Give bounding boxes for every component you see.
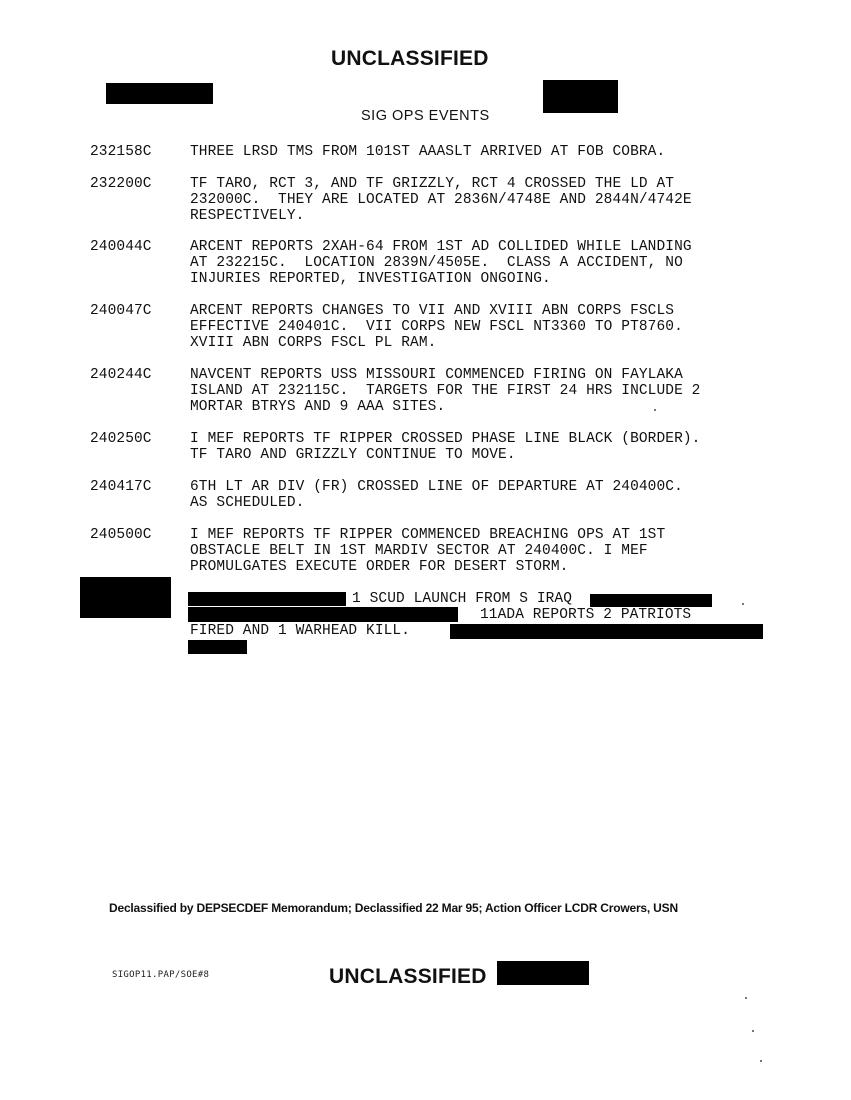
redaction-box: [188, 592, 346, 606]
event-text-line: 6TH LT AR DIV (FR) CROSSED LINE OF DEPAR…: [190, 479, 683, 495]
scan-speck: [745, 997, 747, 999]
file-reference: SIGOP11.PAP/SOE#8: [112, 970, 209, 980]
event-text-line: I MEF REPORTS TF RIPPER CROSSED PHASE LI…: [190, 431, 700, 447]
redaction-box: [188, 640, 247, 654]
bottom-classification-banner: UNCLASSIFIED: [329, 965, 487, 989]
scan-speck: [742, 603, 744, 605]
event-text-line: OBSTACLE BELT IN 1ST MARDIV SECTOR AT 24…: [190, 543, 665, 559]
event-time: 240047C: [90, 303, 152, 319]
event-text-line: ARCENT REPORTS 2XAH-64 FROM 1ST AD COLLI…: [190, 239, 692, 255]
event-text-line: I MEF REPORTS TF RIPPER COMMENCED BREACH…: [190, 527, 665, 543]
event-text-line: TF TARO AND GRIZZLY CONTINUE TO MOVE.: [190, 447, 700, 463]
redaction-box-footer: [497, 961, 589, 985]
declassification-note: Declassified by DEPSECDEF Memorandum; De…: [109, 901, 678, 915]
redaction-box: [450, 624, 763, 639]
document-title: SIG OPS EVENTS: [361, 108, 490, 124]
event-text-line: NAVCENT REPORTS USS MISSOURI COMMENCED F…: [190, 367, 700, 383]
event-text-line: AS SCHEDULED.: [190, 495, 683, 511]
event-time: 240500C: [90, 527, 152, 543]
redacted-entry-line: FIRED AND 1 WARHEAD KILL.: [190, 623, 410, 639]
scan-speck: [654, 409, 656, 411]
event-text-line: MORTAR BTRYS AND 9 AAA SITES.: [190, 399, 700, 415]
redaction-box-header-left: [106, 83, 213, 104]
redaction-box-header-right: [543, 80, 618, 113]
event-time: 240044C: [90, 239, 152, 255]
scan-speck: [760, 1060, 762, 1062]
redaction-box: [590, 594, 712, 607]
redaction-box: [188, 607, 458, 622]
redaction-box-time: [80, 577, 171, 618]
redacted-entry-line: 11ADA REPORTS 2 PATRIOTS: [480, 607, 691, 623]
redacted-entry-line: 1 SCUD LAUNCH FROM S IRAQ: [352, 591, 572, 607]
event-text-line: INJURIES REPORTED, INVESTIGATION ONGOING…: [190, 271, 692, 287]
event-text-line: 232000C. THEY ARE LOCATED AT 2836N/4748E…: [190, 192, 692, 208]
top-classification-banner: UNCLASSIFIED: [331, 47, 489, 71]
event-text-line: EFFECTIVE 240401C. VII CORPS NEW FSCL NT…: [190, 319, 683, 335]
event-time: 240417C: [90, 479, 152, 495]
event-text-line: RESPECTIVELY.: [190, 208, 692, 224]
event-text-line: THREE LRSD TMS FROM 101ST AAASLT ARRIVED…: [190, 144, 665, 160]
scan-speck: [752, 1030, 754, 1032]
event-text-line: ARCENT REPORTS CHANGES TO VII AND XVIII …: [190, 303, 683, 319]
event-time: 240250C: [90, 431, 152, 447]
event-text-line: AT 232215C. LOCATION 2839N/4505E. CLASS …: [190, 255, 692, 271]
event-text-line: ISLAND AT 232115C. TARGETS FOR THE FIRST…: [190, 383, 700, 399]
event-text-line: PROMULGATES EXECUTE ORDER FOR DESERT STO…: [190, 559, 665, 575]
event-time: 232158C: [90, 144, 152, 160]
event-text-line: TF TARO, RCT 3, AND TF GRIZZLY, RCT 4 CR…: [190, 176, 692, 192]
event-time: 232200C: [90, 176, 152, 192]
event-time: 240244C: [90, 367, 152, 383]
event-text-line: XVIII ABN CORPS FSCL PL RAM.: [190, 335, 683, 351]
